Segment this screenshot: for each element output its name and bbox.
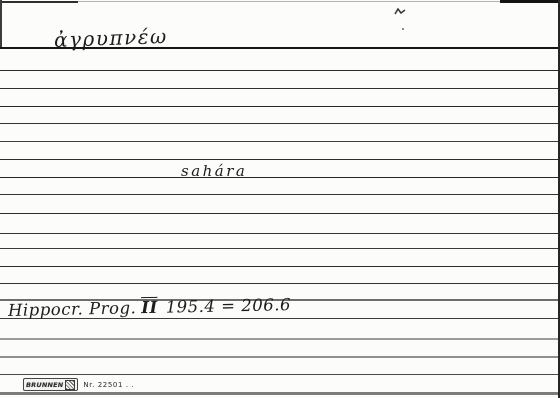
citation-pages: 195.4 = 206.6	[166, 295, 292, 317]
ruled-line	[0, 266, 560, 267]
ruled-line	[0, 141, 560, 142]
ruled-line	[0, 338, 560, 340]
ruled-line	[0, 374, 560, 375]
ruled-line	[0, 70, 560, 71]
card-top-edge-right	[500, 0, 560, 3]
ruled-line	[0, 123, 560, 124]
ruled-line	[0, 392, 560, 395]
brand-stamp: BRUNNEN Nr. 22501 . .	[23, 378, 134, 391]
index-card: ἀγρυπνέω sahára Hippocr. Prog.II195.4 = …	[0, 0, 560, 398]
ruled-line	[0, 283, 560, 284]
ruled-line	[0, 159, 560, 160]
stamp-article-number: Nr. 22501 . .	[83, 381, 134, 389]
brand-name: BRUNNEN	[26, 381, 63, 389]
citation-book-numeral: II	[141, 298, 158, 317]
ruled-line	[0, 213, 560, 214]
ruled-line	[0, 88, 560, 89]
card-top-edge-left	[0, 1, 78, 3]
ruled-line	[0, 194, 560, 195]
ruled-line	[0, 177, 560, 178]
scan-dot	[402, 28, 404, 30]
ruled-line	[0, 233, 560, 234]
brand-emblem-icon	[65, 380, 75, 390]
ruled-line	[0, 356, 560, 358]
ruled-line	[0, 248, 560, 249]
scan-mark-icon	[394, 2, 407, 21]
headword-greek: ἀγρυπνέω	[54, 24, 168, 52]
card-left-edge	[0, 0, 2, 47]
comparison-word: sahára	[181, 162, 247, 180]
brand-logo: BRUNNEN	[23, 378, 78, 391]
card-top-edge	[0, 1, 560, 2]
citation-author-work: Hippocr. Prog.	[8, 298, 137, 320]
ruled-line	[0, 106, 560, 107]
